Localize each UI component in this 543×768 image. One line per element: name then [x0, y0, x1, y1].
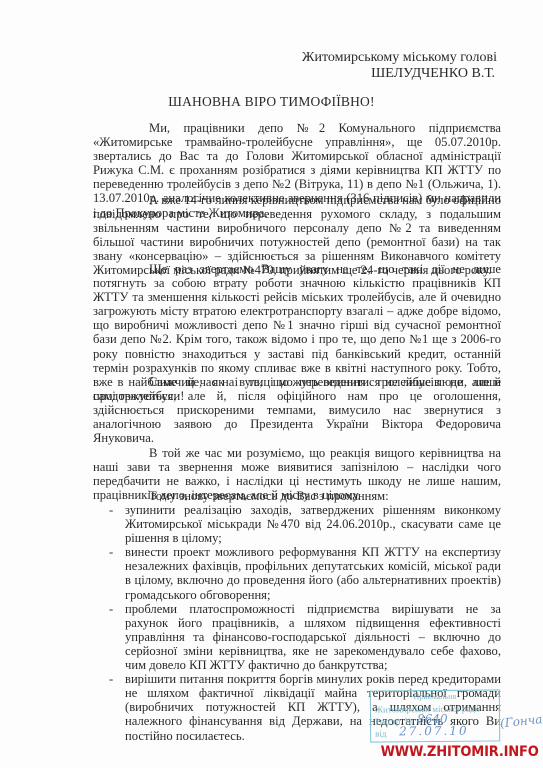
stamp-date-label: від [375, 728, 386, 738]
addressee-line-1: Житомирському міському голові [302, 50, 497, 66]
bullet-dash-icon: - [109, 545, 113, 559]
stamp-title: Приймальня [371, 690, 499, 703]
handwritten-note: (Гонча) [499, 712, 543, 731]
list-item-text: проблеми платоспроможності підприємства … [125, 602, 501, 672]
addressee-line-2: ШЕЛУДЧЕНКО В.Т. [371, 66, 495, 82]
paragraph-text: Тому знову звертаємось до Вас з прохання… [93, 489, 501, 503]
bullet-dash-icon: - [109, 503, 113, 517]
stamp-date-row: від 27.07.10 [371, 726, 499, 739]
list-item: -зупинити реалізацію заходів, затверджен… [93, 503, 501, 545]
paragraph-6: Тому знову звертаємось до Вас з прохання… [93, 489, 501, 503]
list-item-text: зупинити реалізацію заходів, затверджени… [125, 503, 501, 545]
registration-stamp: Приймальня Житомирської міської ради Реє… [370, 689, 500, 742]
list-item: -винести проект можливого реформування К… [93, 545, 501, 601]
list-item-text: винести проект можливого реформування КП… [125, 545, 501, 601]
paragraph-4: Саме це, як і те, що переведення тролейб… [93, 375, 501, 445]
paragraph-text: Саме це, як і те, що переведення тролейб… [93, 375, 501, 445]
bullet-dash-icon: - [109, 672, 113, 686]
salutation: ШАНОВНА ВІРО ТИМОФІЇВНО! [0, 94, 543, 110]
site-watermark: WWW.ZHITOMIR.INFO [381, 744, 539, 760]
stamp-date: 27.07.10 [399, 725, 469, 738]
list-item: -проблеми платоспроможності підприємства… [93, 602, 501, 672]
bullet-dash-icon: - [109, 602, 113, 616]
